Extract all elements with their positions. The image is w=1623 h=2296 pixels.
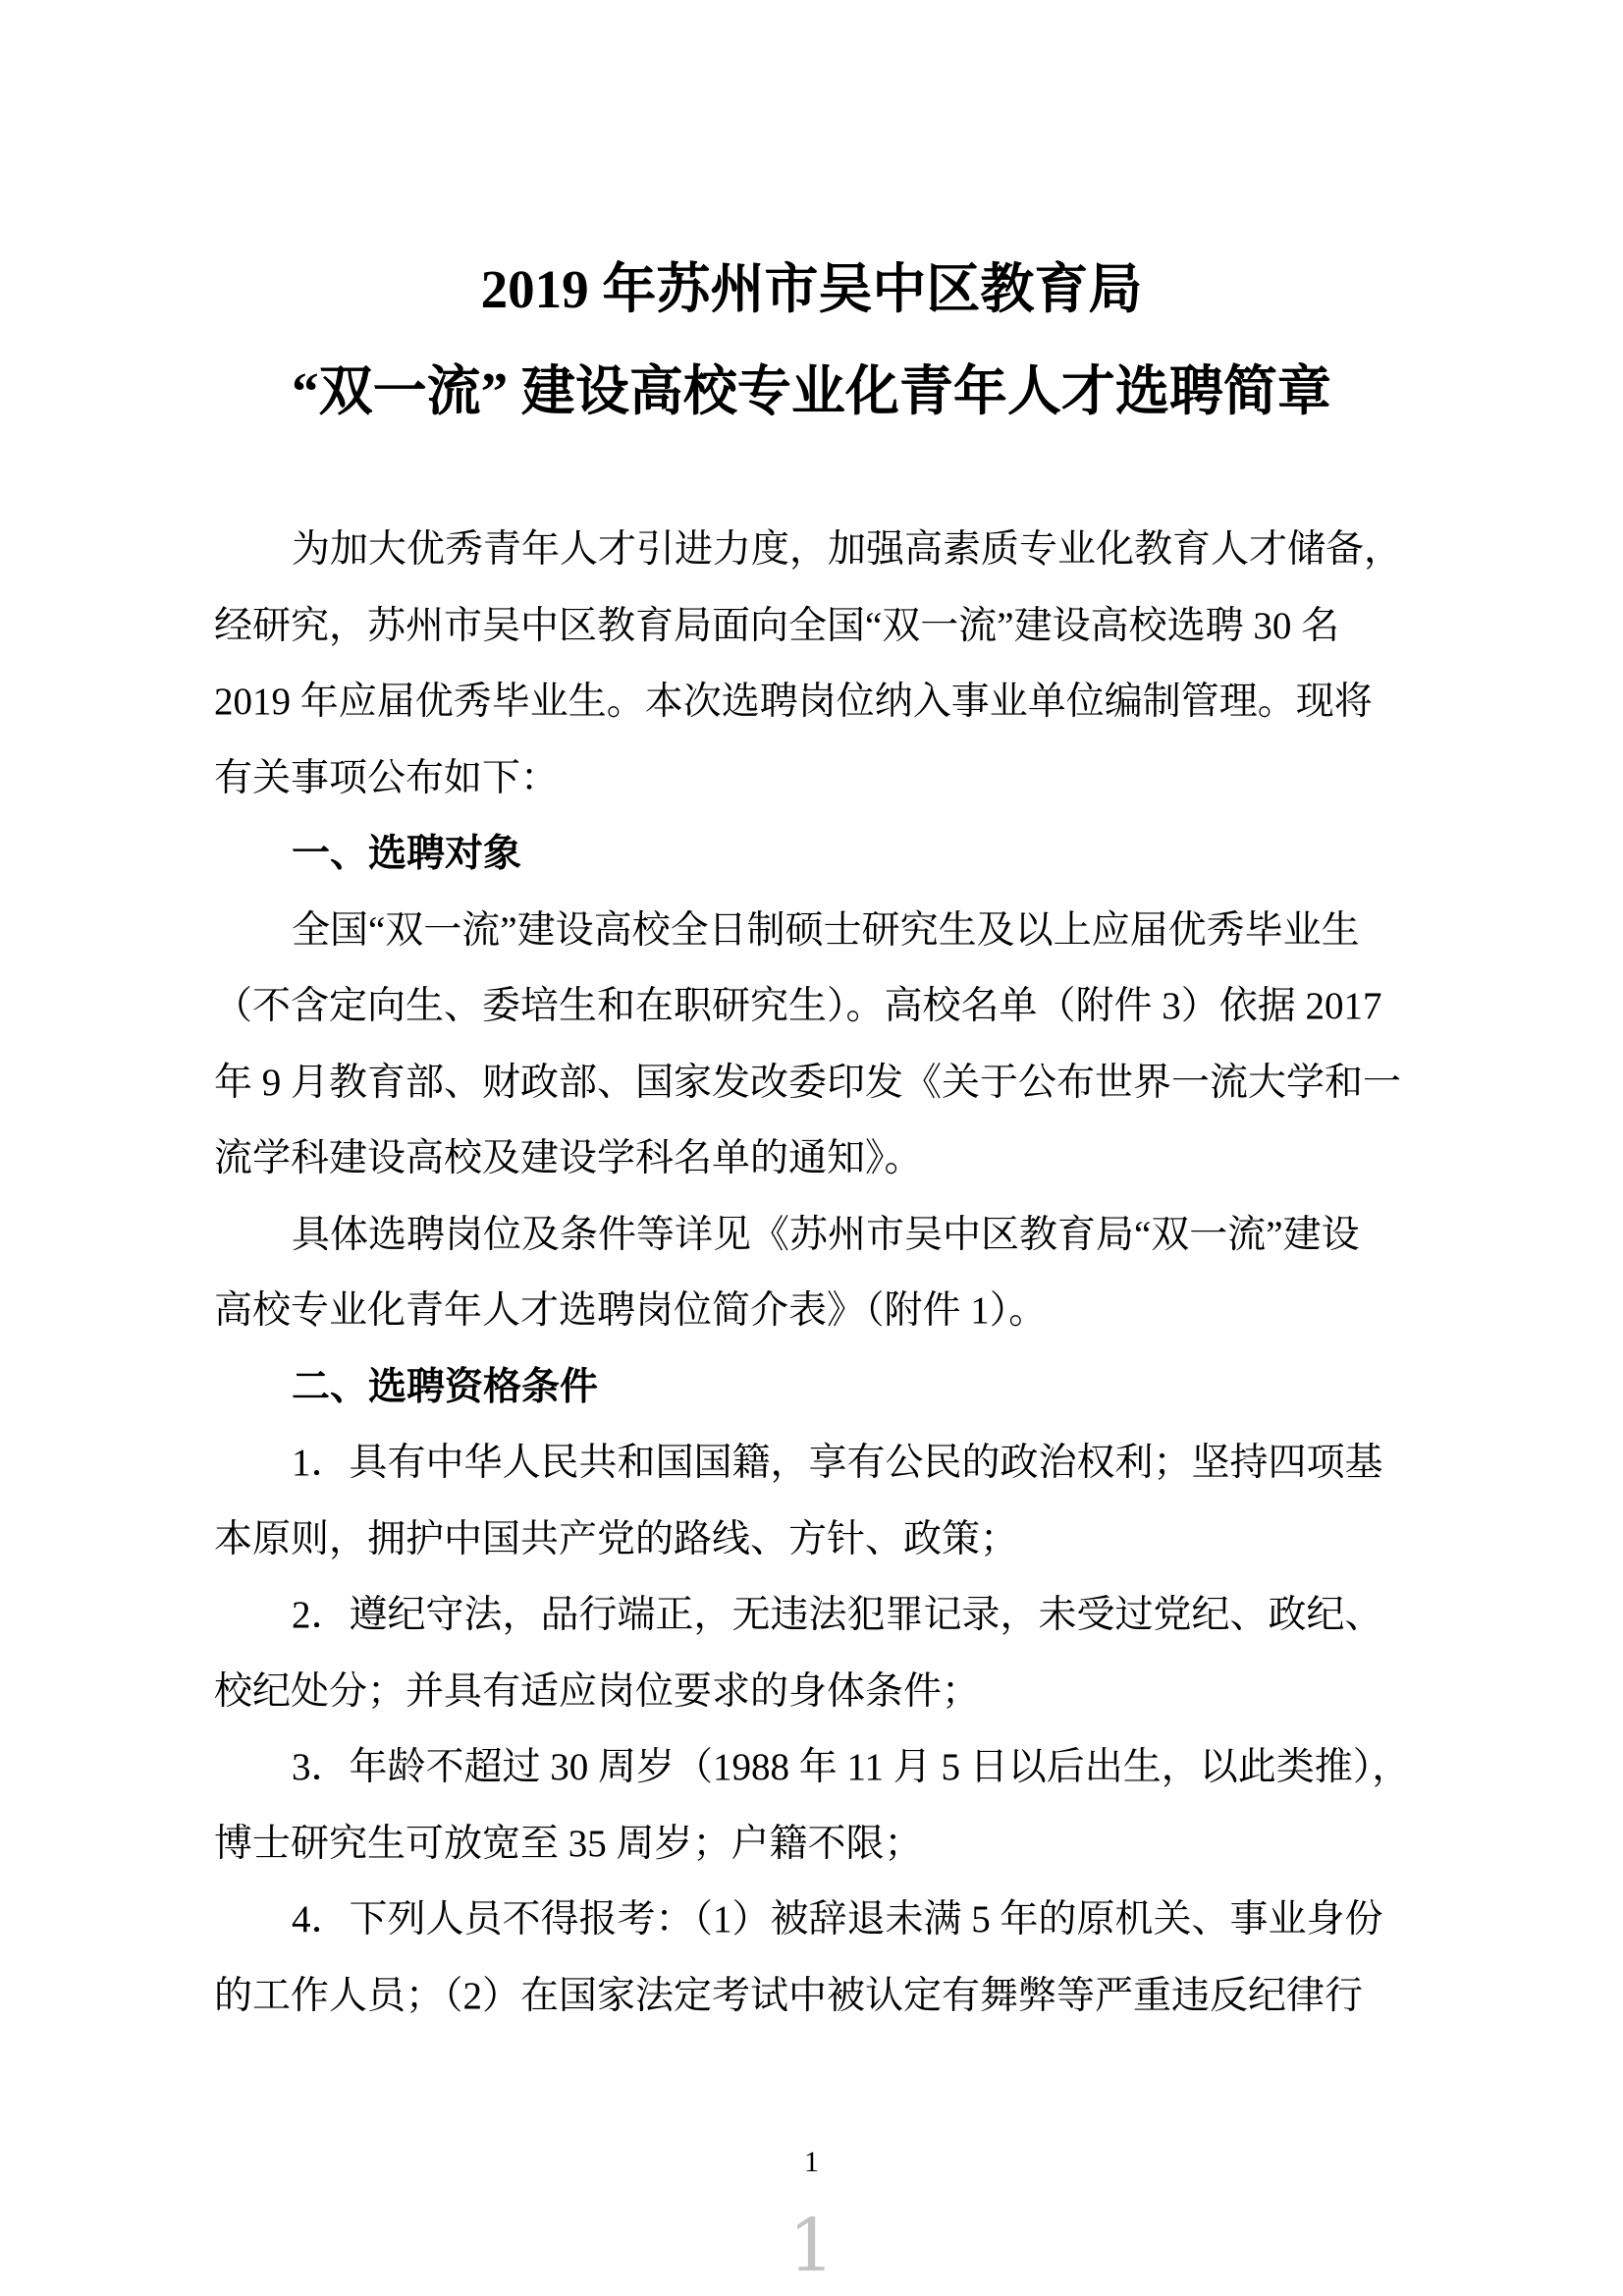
paragraph-line: 本原则，拥护中国共产党的路线、方针、政策； xyxy=(214,1502,1414,1578)
paragraph-line: 的工作人员；（2）在国家法定考试中被认定有舞弊等严重违反纪律行 xyxy=(214,1958,1414,2035)
list-item-line: 4．下列人员不得报考：（1）被辞退未满 5 年的原机关、事业身份 xyxy=(214,1882,1414,1958)
document-body: 为加大优秀青年人才引进力度，加强高素质专业化教育人才储备， 经研究，苏州市吴中区… xyxy=(214,512,1414,2034)
page-number: 1 xyxy=(0,2145,1623,2180)
paragraph-line: 博士研究生可放宽至 35 周岁；户籍不限； xyxy=(214,1806,1414,1883)
paragraph-line: 为加大优秀青年人才引进力度，加强高素质专业化教育人才储备， xyxy=(214,512,1414,588)
paragraph-line: 经研究，苏州市吴中区教育局面向全国“双一流”建设高校选聘 30 名 xyxy=(214,588,1414,665)
paragraph-line: 全国“双一流”建设高校全日制硕士研究生及以上应届优秀毕业生 xyxy=(214,893,1414,969)
paragraph-line: 校纪处分；并具有适应岗位要求的身体条件； xyxy=(214,1654,1414,1730)
paragraph-line: 流学科建设高校及建设学科名单的通知》。 xyxy=(214,1121,1414,1197)
list-item-line: 3．年龄不超过 30 周岁（1988 年 11 月 5 日以后出生，以此类推）， xyxy=(214,1729,1414,1806)
list-item-line: 2．遵纪守法，品行端正，无违法犯罪记录，未受过党纪、政纪、 xyxy=(214,1577,1414,1654)
paragraph-line: 年 9 月教育部、财政部、国家发改委印发《关于公布世界一流大学和一 xyxy=(214,1045,1414,1121)
document-page: 2019 年苏州市吴中区教育局 “双一流” 建设高校专业化青年人才选聘简章 为加… xyxy=(0,0,1623,2296)
section-heading-2: 二、选聘资格条件 xyxy=(214,1349,1414,1426)
list-item-line: 1．具有中华人民共和国国籍，享有公民的政治权利；坚持四项基 xyxy=(214,1425,1414,1502)
paragraph-line: 有关事项公布如下： xyxy=(214,740,1414,817)
document-title-line-2: “双一流” 建设高校专业化青年人才选聘简章 xyxy=(0,361,1623,422)
document-title-line-1: 2019 年苏州市吴中区教育局 xyxy=(0,259,1623,320)
page-number-watermark: 1 xyxy=(0,2206,1623,2286)
section-heading-1: 一、选聘对象 xyxy=(214,816,1414,893)
paragraph-line: 2019 年应届优秀毕业生。本次选聘岗位纳入事业单位编制管理。现将 xyxy=(214,664,1414,740)
paragraph-line: （不含定向生、委培生和在职研究生）。高校名单（附件 3）依据 2017 xyxy=(214,968,1414,1045)
paragraph-line: 高校专业化青年人才选聘岗位简介表》（附件 1）。 xyxy=(214,1273,1414,1349)
paragraph-line: 具体选聘岗位及条件等详见《苏州市吴中区教育局“双一流”建设 xyxy=(214,1197,1414,1274)
